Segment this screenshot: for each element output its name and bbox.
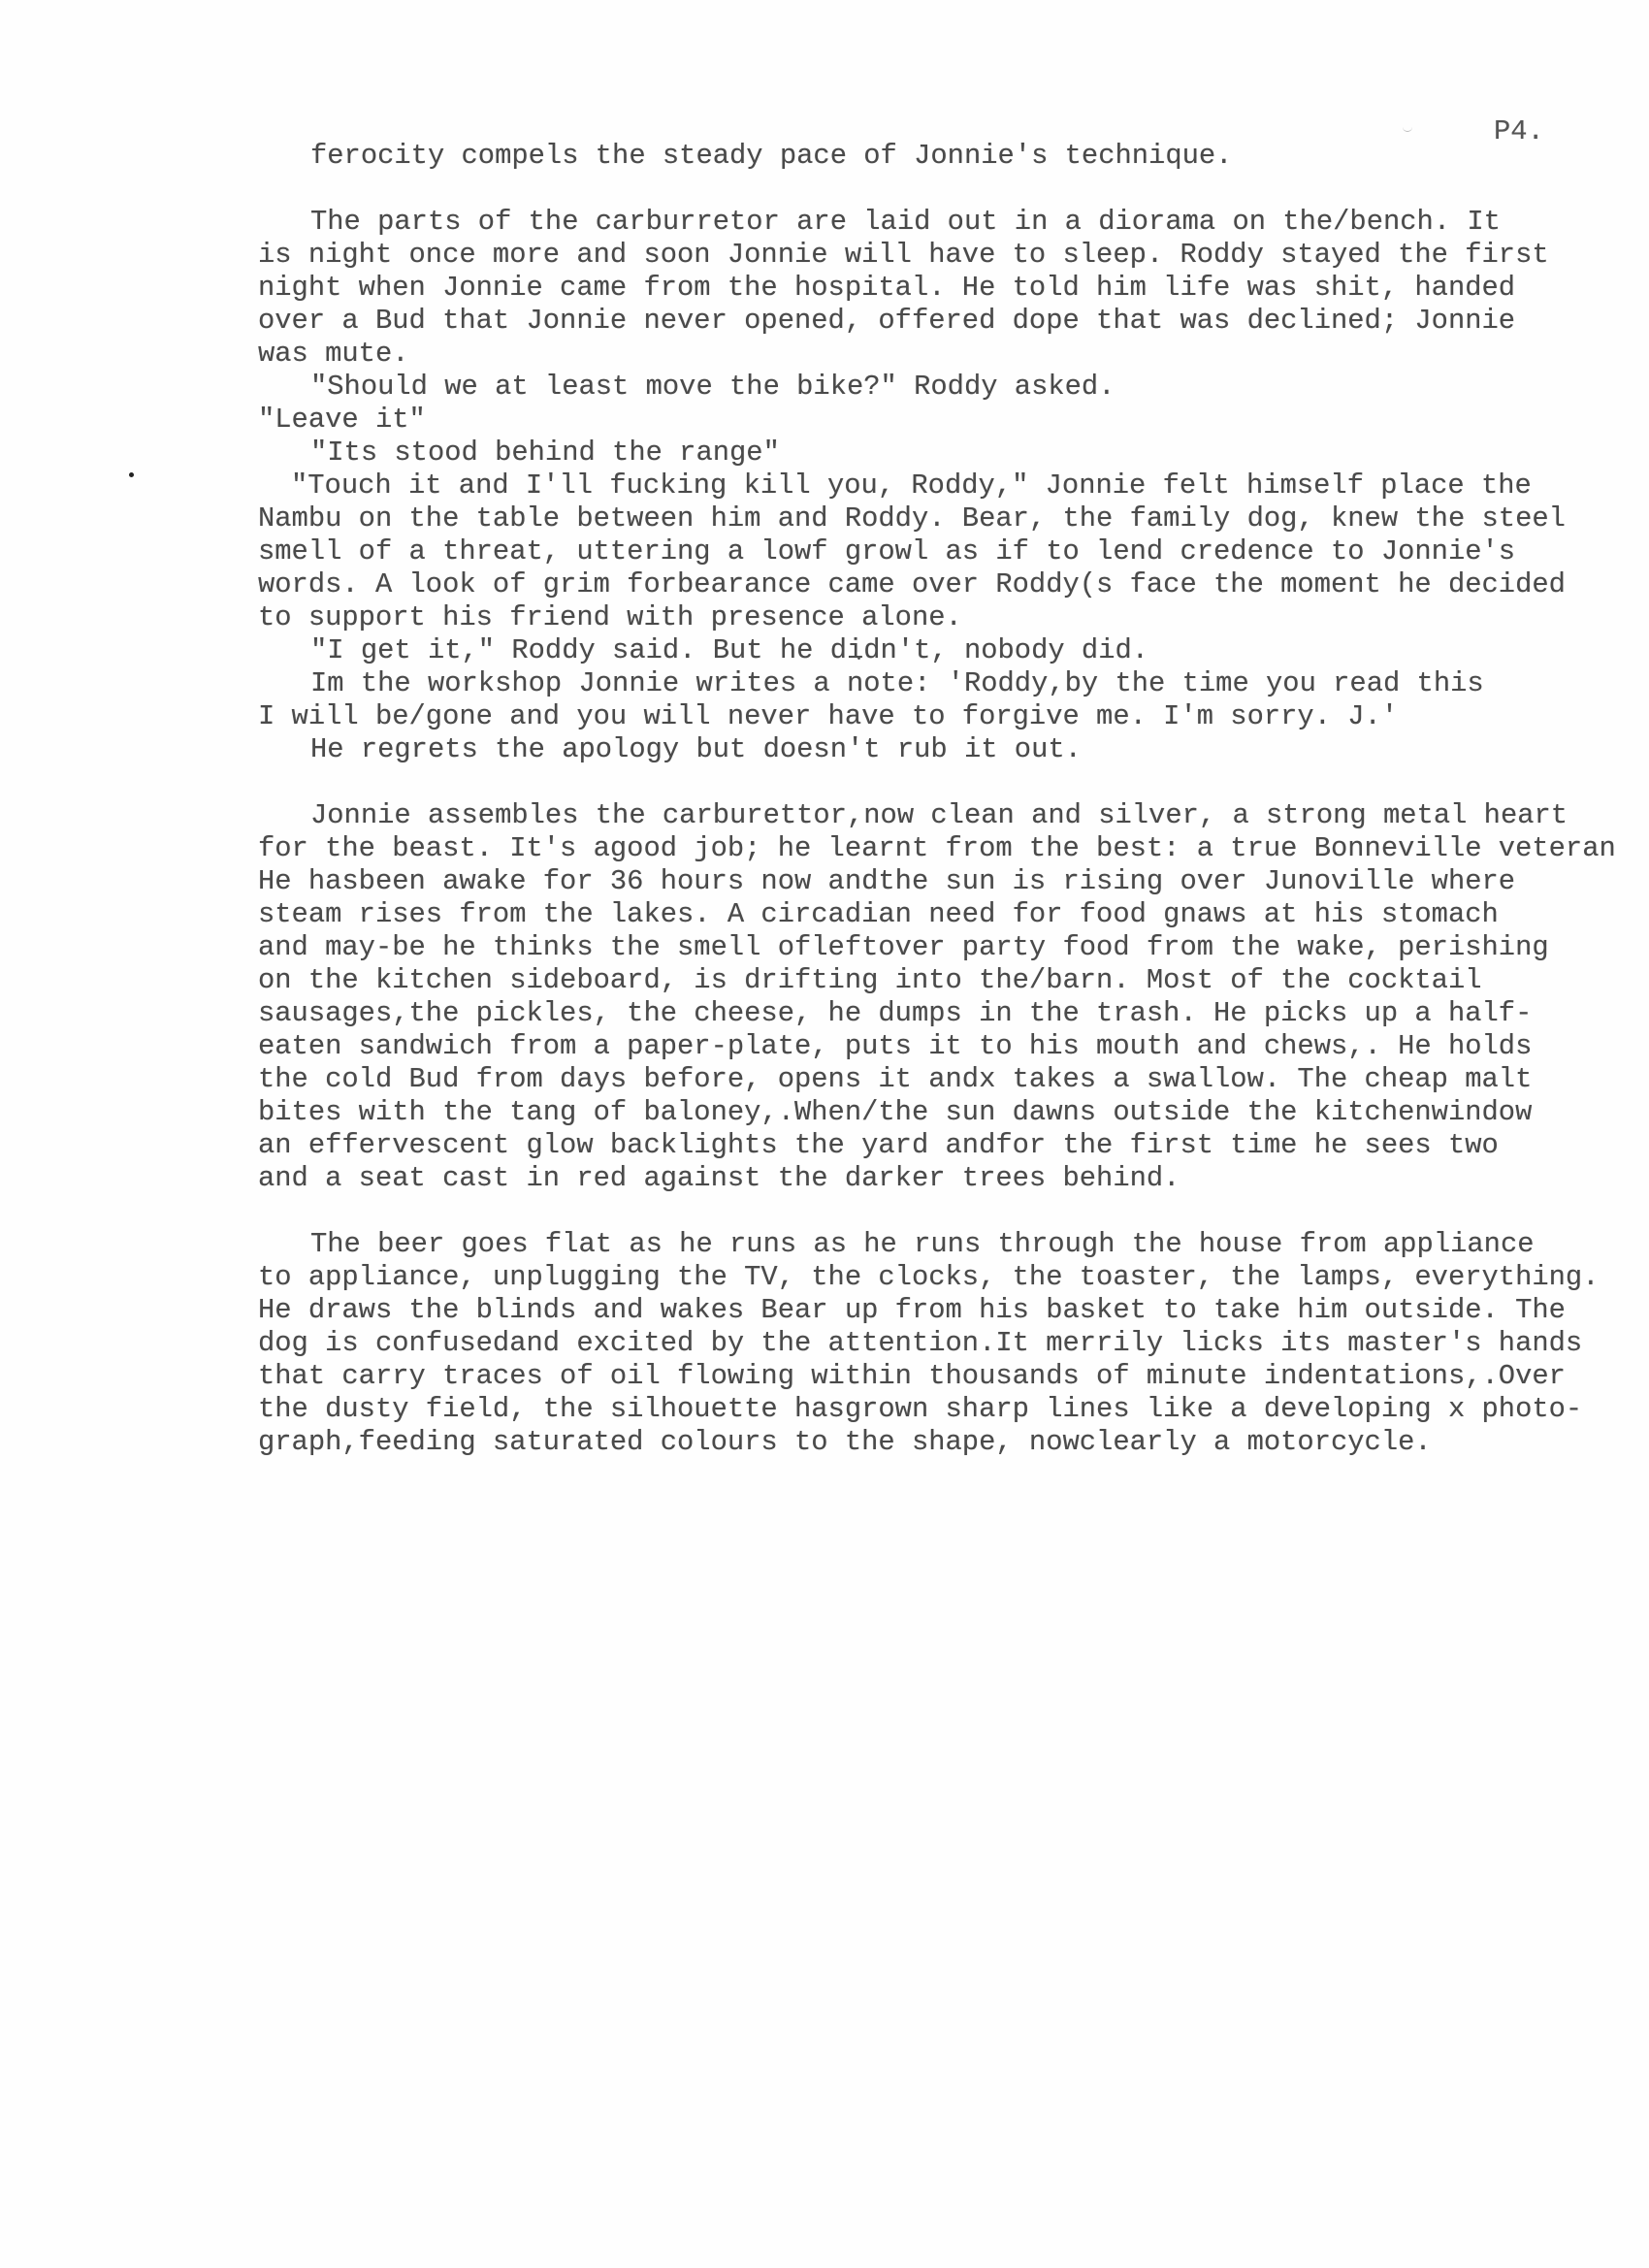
text-line: sausages,the pickles, the cheese, he dum… <box>258 1000 1532 1028</box>
text-line: an effervescent glow backlights the yard… <box>258 1132 1499 1160</box>
paper-speck <box>857 656 860 660</box>
text-line: on the kitchen sideboard, is drifting in… <box>258 967 1482 995</box>
text-line: The parts of the carburretor are laid ou… <box>310 209 1501 237</box>
text-line: He draws the blinds and wakes Bear up fr… <box>258 1297 1566 1325</box>
text-line: "Leave it" <box>258 406 426 435</box>
page-number: P4. <box>1494 118 1544 146</box>
paper-speck <box>129 472 134 477</box>
text-line: I will be/gone and you will never have t… <box>258 703 1398 731</box>
text-line: for the beast. It's agood job; he learnt… <box>258 835 1616 863</box>
text-line: the dusty field, the silhouette hasgrown… <box>258 1396 1582 1424</box>
text-line: steam rises from the lakes. A circadian … <box>258 901 1499 929</box>
text-line: the cold Bud from days before, opens it … <box>258 1066 1532 1094</box>
text-line: dog is confusedand excited by the attent… <box>258 1330 1582 1358</box>
text-line: eaten sandwich from a paper-plate, puts … <box>258 1033 1532 1061</box>
text-line: "I get it," Roddy said. But he didn't, n… <box>310 637 1148 665</box>
text-line: "Touch it and I'll fucking kill you, Rod… <box>291 472 1532 501</box>
text-line: ferocity compels the steady pace of Jonn… <box>310 143 1232 171</box>
text-line: and may-be he thinks the smell ofleftove… <box>258 934 1549 962</box>
text-line: smell of a threat, uttering a lowf growl… <box>258 538 1515 567</box>
typewritten-page: P4. ferocity compels the steady pace of … <box>0 0 1649 2268</box>
text-line: "Its stood behind the range" <box>310 439 780 468</box>
text-line: and a seat cast in red against the darke… <box>258 1165 1180 1193</box>
text-line: to support his friend with presence alon… <box>258 604 962 632</box>
text-line: Nambu on the table between him and Roddy… <box>258 505 1566 534</box>
text-line: Jonnie assembles the carburettor,now cle… <box>310 802 1568 830</box>
text-line: words. A look of grim forbearance came o… <box>258 571 1566 599</box>
text-line: night when Jonnie came from the hospital… <box>258 275 1515 303</box>
text-line: that carry traces of oil flowing within … <box>258 1363 1566 1391</box>
text-line: was mute. <box>258 340 409 369</box>
text-line: to appliance, unplugging the TV, the clo… <box>258 1264 1599 1292</box>
text-line: bites with the tang of baloney,.When/the… <box>258 1099 1532 1127</box>
text-line: over a Bud that Jonnie never opened, off… <box>258 308 1515 336</box>
text-line: The beer goes flat as he runs as he runs… <box>310 1231 1535 1259</box>
text-line: He regrets the apology but doesn't rub i… <box>310 736 1082 764</box>
text-line: He hasbeen awake for 36 hours now andthe… <box>258 868 1515 896</box>
text-line: Im the workshop Jonnie writes a note: 'R… <box>310 670 1484 698</box>
paper-mark <box>1403 127 1412 132</box>
text-line: "Should we at least move the bike?" Rodd… <box>310 373 1115 402</box>
text-line: is night once more and soon Jonnie will … <box>258 242 1549 270</box>
text-line: graph,feeding saturated colours to the s… <box>258 1429 1432 1457</box>
